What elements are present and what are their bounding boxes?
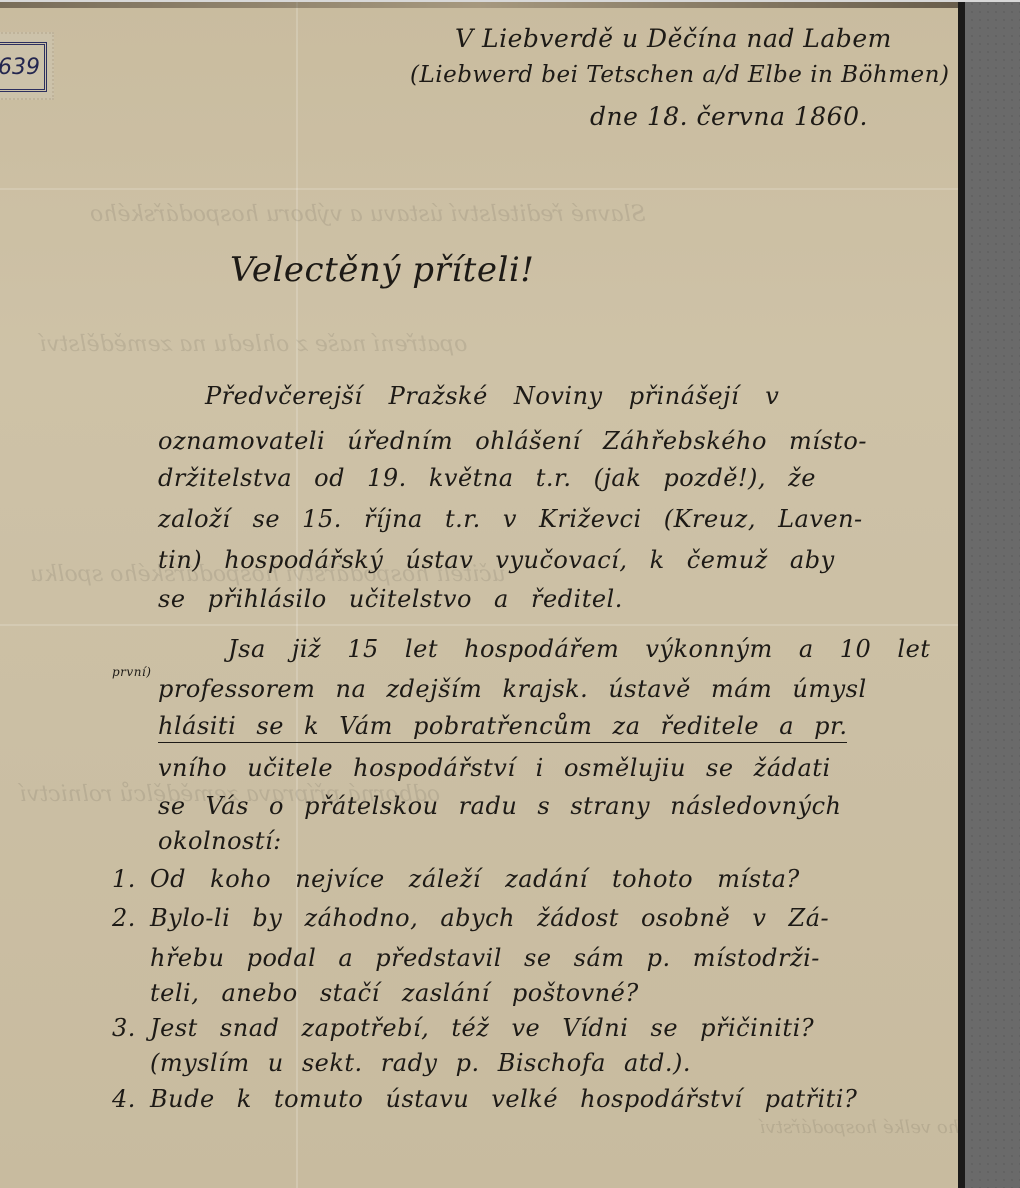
question-text: Od koho nejvíce záleží zadání tohoto mís… xyxy=(150,865,800,893)
question-text: (myslím u sekt. rady p. Bischofa atd.). xyxy=(150,1049,691,1077)
letter-place-german: (Liebwerd bei Tetschen a/d Elbe in Böhme… xyxy=(410,62,949,88)
paper-fold-line xyxy=(0,624,958,626)
bleed-through-text: Slavné ředitelství ústavu a výboru hospo… xyxy=(90,202,646,227)
text-line: držitelstva od 19. května t.r. (jak pozd… xyxy=(158,464,816,492)
margin-note: první) xyxy=(112,665,151,679)
question-text: Bylo-li by záhodno, abych žádost osobně … xyxy=(150,904,829,932)
text-line: Jsa již 15 let hospodářem výkonným a 10 … xyxy=(228,635,930,663)
text-line: vního učitele hospodářství i osmělujiu s… xyxy=(158,754,831,782)
letter-date: dne 18. června 1860. xyxy=(590,102,868,131)
question-text: Jest snad zapotřebí, též ve Vídni se při… xyxy=(150,1014,814,1042)
text-line: tin) hospodářský ústav vyučovací, k čemu… xyxy=(158,546,835,574)
letter-salutation: Velectěný příteli! xyxy=(230,250,534,290)
question-text: hřebu podal a představil se sám p. místo… xyxy=(150,944,820,972)
text-line: Předvčerejší Pražské Noviny přinášejí v xyxy=(205,382,779,410)
text-line: se Vás o přátelskou radu s strany násled… xyxy=(158,792,841,820)
archive-number: 639 xyxy=(0,42,47,92)
question-number: 3. xyxy=(112,1014,136,1042)
question-text: Bude k tomuto ústavu velké hospodářství … xyxy=(150,1085,857,1113)
text-line: se přihlásilo učitelstvo a ředitel. xyxy=(158,585,623,613)
question-number: 2. xyxy=(112,904,136,932)
document-page-scan: Slavné ředitelství ústavu a výboru hospo… xyxy=(0,2,958,1188)
text-line: založí se 15. října t.r. v Križevci (Kre… xyxy=(158,505,863,533)
text-line-underlined: hlásiti se k Vám pobratřencům za ředitel… xyxy=(158,712,847,743)
page-edge-shadow xyxy=(958,2,965,1188)
archive-stamp: 639 xyxy=(0,32,54,100)
question-number: 1. xyxy=(112,865,136,893)
text-line: okolností: xyxy=(158,827,282,855)
paper-fold-line xyxy=(0,188,958,190)
text-line: oznamovateli úředním ohlášení Záhřebskéh… xyxy=(158,427,867,455)
question-number: 4. xyxy=(112,1085,136,1113)
question-text: teli, anebo stačí zaslání poštovné? xyxy=(150,979,639,1007)
letter-place: V Liebverdě u Děčína nad Labem xyxy=(455,24,892,53)
text-line: professorem na zdejším krajsk. ústavě má… xyxy=(158,675,867,703)
bleed-through-text: a mnoho velké hospodářství xyxy=(760,1117,958,1138)
bleed-through-text: opatření naše z ohledu na zemědělství xyxy=(40,332,467,357)
